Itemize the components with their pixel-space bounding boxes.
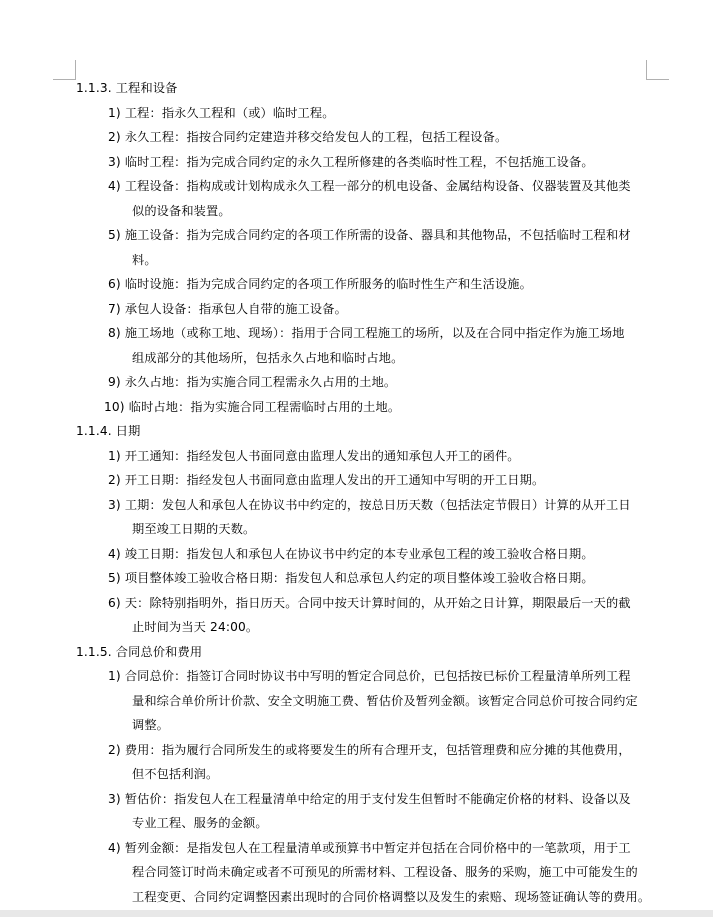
list-item: 6) 临时设施：指为完成合同约定的各项工作所服务的临时性生产和生活设施。 (108, 277, 532, 291)
list-item: 8) 施工场地（或称工地、现场）：指用于合同工程施工的场所，以及在合同中指定作为… (108, 326, 625, 340)
list-item-continuation: 量和综合单价所计价款、安全文明施工费、暂估价及暂列金额。该暂定合同总价可按合同约… (132, 694, 638, 708)
page-bottom-gap (0, 910, 713, 917)
list-item: 5) 施工设备：指为完成合同约定的各项工作所需的设备、器具和其他物品，不包括临时… (108, 228, 631, 242)
list-item-continuation: 调整。 (132, 718, 169, 732)
list-item: 1) 开工通知：指经发包人书面同意由监理人发出的通知承包人开工的函件。 (108, 449, 520, 463)
list-item: 3) 工期：发包人和承包人在协议书中约定的，按总日历天数（包括法定节假日）计算的… (108, 498, 631, 512)
list-item: 1) 合同总价：指签订合同时协议书中写明的暂定合同总价，已包括按已标价工程量清单… (108, 669, 631, 683)
list-item: 2) 永久工程：指按合同约定建造并移交给发包人的工程，包括工程设备。 (108, 130, 507, 144)
list-item: 6) 天：除特别指明外，指日历天。合同中按天计算时间的，从开始之日计算，期限最后… (108, 596, 631, 610)
list-item: 3) 临时工程：指为完成合同约定的永久工程所修建的各类临时性工程，不包括施工设备… (108, 155, 594, 169)
list-item: 1) 工程：指永久工程和（或）临时工程。 (108, 106, 335, 120)
list-item-continuation: 组成部分的其他场所，包括永久占地和临时占地。 (132, 351, 403, 365)
list-item-continuation: 止时间为当天 24:00。 (132, 620, 258, 634)
list-item-continuation: 期至竣工日期的天数。 (132, 522, 255, 536)
list-item: 3) 暂估价：指发包人在工程量清单中给定的用于支付发生但暂时不能确定价格的材料、… (108, 792, 631, 806)
margin-corner-mark-top-right (646, 60, 669, 80)
list-item: 4) 暂列金额：是指发包人在工程量清单或预算书中暂定并包括在合同价格中的一笔款项… (108, 841, 631, 855)
list-item: 7) 承包人设备：指承包人自带的施工设备。 (108, 302, 347, 316)
list-item-continuation: 工程变更、合同约定调整因素出现时的合同价格调整以及发生的索赔、现场签证确认等的费… (132, 890, 650, 904)
list-item-continuation: 但不包括利润。 (132, 767, 218, 781)
list-item-continuation: 专业工程、服务的金额。 (132, 816, 268, 830)
list-item: 2) 开工日期：指经发包人书面同意由监理人发出的开工通知中写明的开工日期。 (108, 473, 544, 487)
list-item-continuation: 程合同签订时尚未确定或者不可预见的所需材料、工程设备、服务的采购，施工中可能发生… (132, 865, 638, 879)
list-item-continuation: 似的设备和装置。 (132, 204, 231, 218)
document-page: 1.1.3. 工程和设备 1) 工程：指永久工程和（或）临时工程。 2) 永久工… (0, 0, 713, 910)
list-item: 10) 临时占地：指为实施合同工程需临时占用的土地。 (104, 400, 400, 414)
list-item: 4) 竣工日期：指发包人和承包人在协议书中约定的本专业承包工程的竣工验收合格日期… (108, 547, 594, 561)
margin-corner-mark-top-left (53, 60, 76, 80)
list-item: 5) 项目整体竣工验收合格日期：指发包人和总承包人约定的项目整体竣工验收合格日期… (108, 571, 594, 585)
list-item: 9) 永久占地：指为实施合同工程需永久占用的土地。 (108, 375, 396, 389)
section-heading-1-1-3: 1.1.3. 工程和设备 (76, 81, 178, 95)
list-item-continuation: 料。 (132, 253, 157, 267)
list-item: 2) 费用：指为履行合同所发生的或将要发生的所有合理开支，包括管理费和应分摊的其… (108, 743, 631, 757)
section-heading-1-1-4: 1.1.4. 日期 (76, 424, 140, 438)
list-item: 4) 工程设备：指构成或计划构成永久工程一部分的机电设备、金属结构设备、仪器装置… (108, 179, 631, 193)
section-heading-1-1-5: 1.1.5. 合同总价和费用 (76, 645, 202, 659)
